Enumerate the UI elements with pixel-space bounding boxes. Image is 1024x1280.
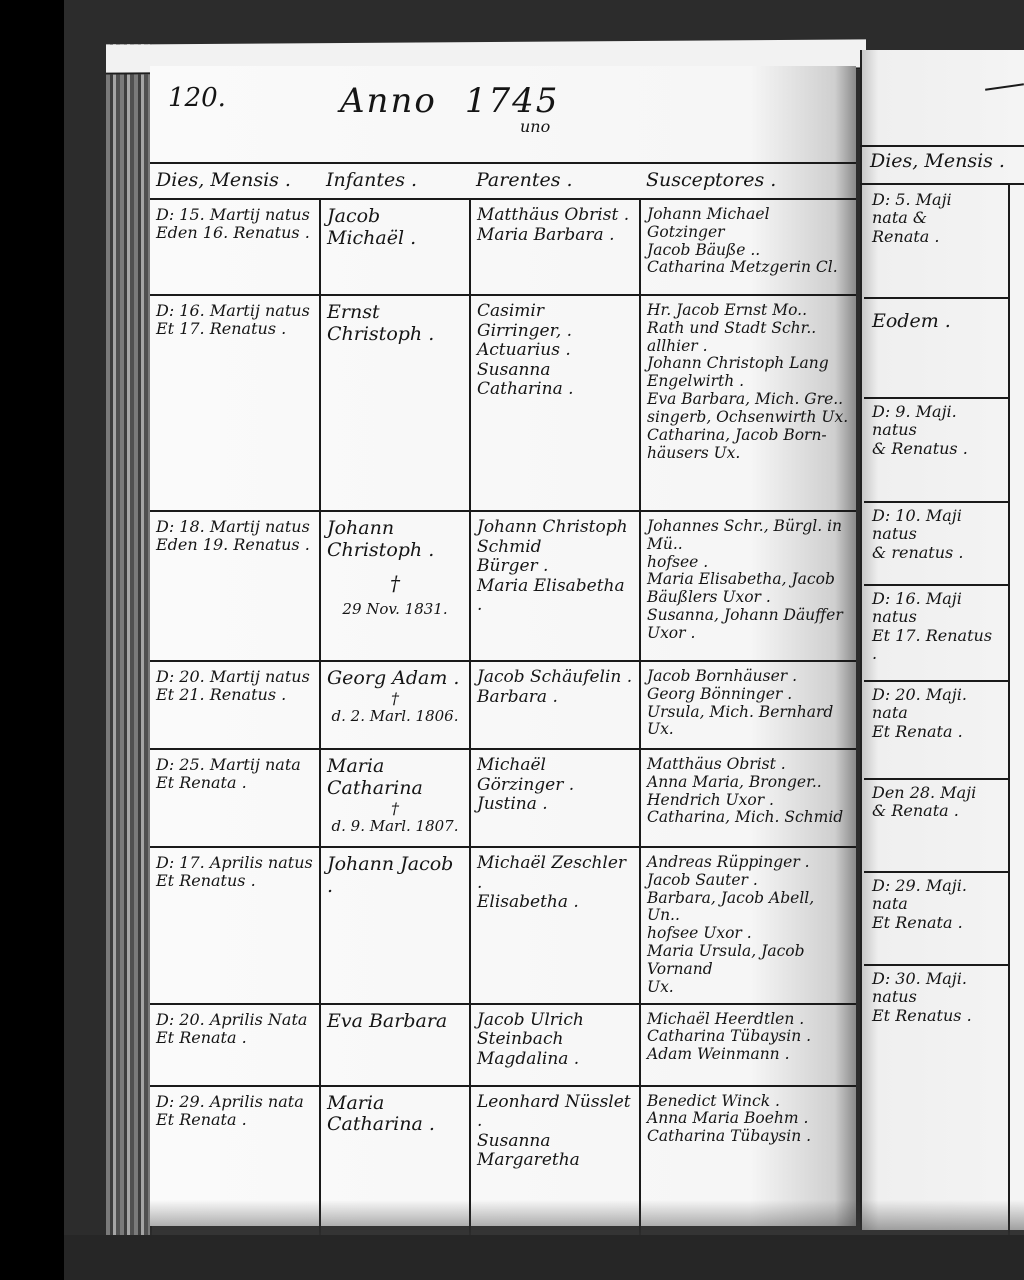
infant-cell: Johann Jacob . bbox=[320, 847, 470, 1004]
right-page-entry: D: 9. Maji. natus & Renatus . bbox=[864, 399, 1008, 503]
right-page-entry: Eodem . bbox=[864, 299, 1008, 399]
parents-cell: Michaël Görzinger . Justina . bbox=[470, 749, 640, 847]
column-header-parents: Parentes . bbox=[470, 163, 640, 199]
sponsors-cell: Johannes Schr., Bürgl. in Mü.. hofsee . … bbox=[640, 511, 856, 661]
table-header-row: Dies, Mensis . Infantes . Parentes . Sus… bbox=[150, 163, 856, 199]
infant-cell: Ernst Christoph . bbox=[320, 295, 470, 511]
infant-cell: Maria Catharina † d. 9. Marl. 1807. bbox=[320, 749, 470, 847]
date-cell: D: 16. Martij natus Et 17. Renatus . bbox=[150, 295, 320, 511]
infant-cell: Jacob Michaël . bbox=[320, 199, 470, 295]
table-row: D: 18. Martij natus Eden 19. Renatus . J… bbox=[150, 511, 856, 661]
right-page-column-divider bbox=[1008, 185, 1010, 1235]
date-cell: D: 17. Aprilis natus Et Renatus . bbox=[150, 847, 320, 1004]
right-page-entry: D: 10. Maji natus & renatus . bbox=[864, 503, 1008, 586]
sponsors-cell: Johann Michael Gotzinger Jacob Bäuße .. … bbox=[640, 199, 856, 295]
sponsors-cell: Matthäus Obrist . Anna Maria, Bronger.. … bbox=[640, 749, 856, 847]
date-cell: D: 15. Martij natus Eden 16. Renatus . bbox=[150, 199, 320, 295]
parents-cell: Matthäus Obrist . Maria Barbara . bbox=[470, 199, 640, 295]
right-page-entry: Den 28. Maji & Renata . bbox=[864, 780, 1008, 873]
date-cell: D: 18. Martij natus Eden 19. Renatus . bbox=[150, 511, 320, 661]
table-row: D: 20. Martij natus Et 21. Renatus . Geo… bbox=[150, 661, 856, 749]
column-header-date: Dies, Mensis . bbox=[150, 163, 320, 199]
date-cell: D: 20. Aprilis Nata Et Renata . bbox=[150, 1004, 320, 1086]
year-title: Anno1745 bbox=[340, 82, 559, 121]
death-cross-icon: † bbox=[327, 800, 463, 818]
infant-cell: Eva Barbara bbox=[320, 1004, 470, 1086]
table-row: D: 16. Martij natus Et 17. Renatus . Ern… bbox=[150, 295, 856, 511]
parents-cell: Jacob Schäufelin . Barbara . bbox=[470, 661, 640, 749]
right-page-entry: D: 29. Maji. nata Et Renata . bbox=[864, 873, 1008, 966]
page-bottom-shadow bbox=[150, 1200, 1024, 1236]
parents-cell: Jacob Ulrich Steinbach Magdalina . bbox=[470, 1004, 640, 1086]
sponsors-cell: Michaël Heerdtlen . Catharina Tübaysin .… bbox=[640, 1004, 856, 1086]
film-border-bottom bbox=[64, 1235, 1024, 1280]
column-header-infant: Infantes . bbox=[320, 163, 470, 199]
infant-cell: Georg Adam . † d. 2. Marl. 1806. bbox=[320, 661, 470, 749]
right-page-column-header: Dies, Mensis . bbox=[860, 145, 1024, 185]
death-date: 29 Nov. 1831. bbox=[327, 601, 463, 618]
date-cell: D: 25. Martij nata Et Renata . bbox=[150, 749, 320, 847]
table-row: D: 20. Aprilis Nata Et Renata . Eva Barb… bbox=[150, 1004, 856, 1086]
sponsors-cell: Andreas Rüppinger . Jacob Sauter . Barba… bbox=[640, 847, 856, 1004]
film-border-left bbox=[0, 0, 64, 1280]
infant-cell: Johann Christoph . † 29 Nov. 1831. bbox=[320, 511, 470, 661]
right-page-entry: D: 5. Maji nata & Renata . bbox=[864, 187, 1008, 299]
death-date: d. 2. Marl. 1806. bbox=[327, 708, 463, 725]
table-row: D: 17. Aprilis natus Et Renatus . Johann… bbox=[150, 847, 856, 1004]
death-cross-icon: † bbox=[327, 572, 463, 595]
parents-cell: Johann Christoph Schmid Bürger . Maria E… bbox=[470, 511, 640, 661]
date-cell: D: 20. Martij natus Et 21. Renatus . bbox=[150, 661, 320, 749]
right-page-entry: D: 16. Maji natus Et 17. Renatus . bbox=[864, 586, 1008, 682]
death-cross-icon: † bbox=[327, 690, 463, 708]
page-number: 120. bbox=[168, 84, 226, 114]
sponsors-cell: Jacob Bornhäuser . Georg Bönninger . Urs… bbox=[640, 661, 856, 749]
death-date: d. 9. Marl. 1807. bbox=[327, 818, 463, 835]
table-row: D: 15. Martij natus Eden 16. Renatus . J… bbox=[150, 199, 856, 295]
parents-cell: Michaël Zeschler . Elisabetha . bbox=[470, 847, 640, 1004]
table-row: D: 25. Martij nata Et Renata . Maria Cat… bbox=[150, 749, 856, 847]
sponsors-cell: Hr. Jacob Ernst Mo.. Rath und Stadt Schr… bbox=[640, 295, 856, 511]
year-correction-note: uno bbox=[520, 118, 550, 136]
book-binding bbox=[106, 44, 152, 1244]
parents-cell: Casimir Girringer, . Actuarius . Susanna… bbox=[470, 295, 640, 511]
column-header-sponsors: Susceptores . bbox=[640, 163, 856, 199]
baptism-register-table: Dies, Mensis . Infantes . Parentes . Sus… bbox=[150, 162, 856, 1247]
year-value: 1745 bbox=[465, 81, 560, 121]
year-prefix: Anno bbox=[340, 81, 437, 121]
right-page-entry: D: 30. Maji. natus Et Renatus . bbox=[864, 966, 1008, 1046]
right-page-entry: D: 20. Maji. nata Et Renata . bbox=[864, 682, 1008, 780]
